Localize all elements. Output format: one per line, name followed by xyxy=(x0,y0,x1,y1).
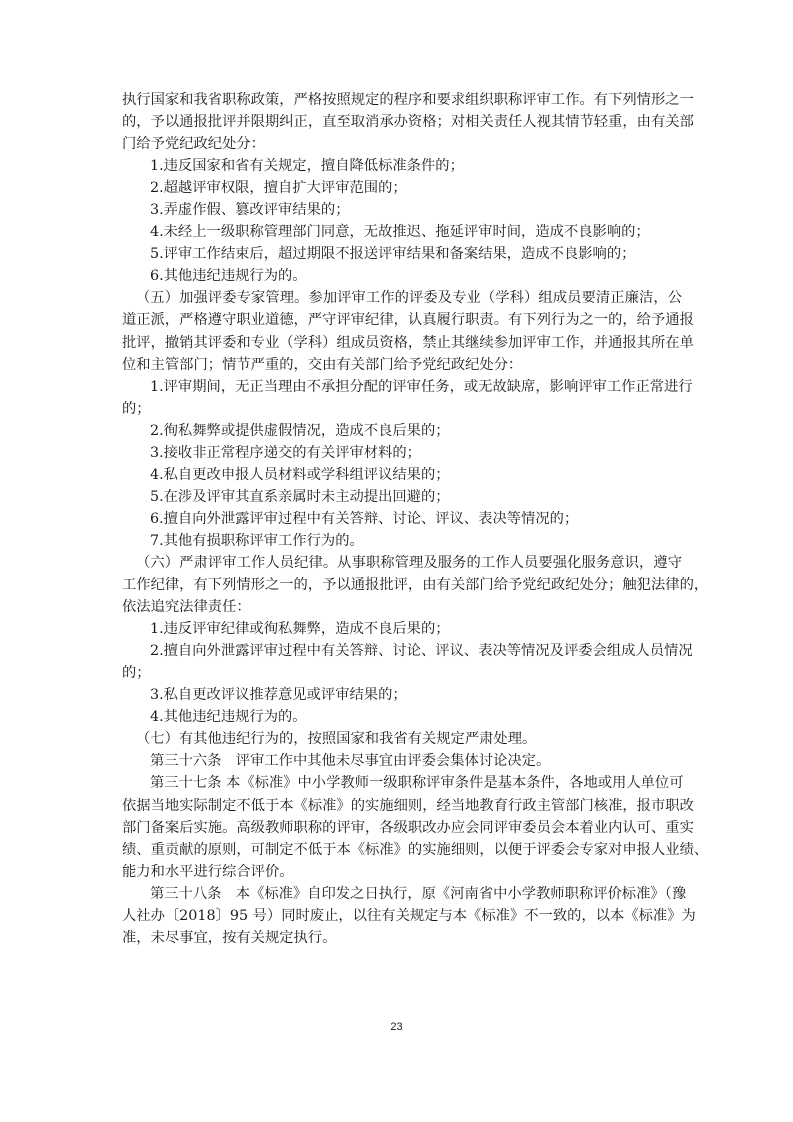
text-line: 准，未尽事宜，按有关规定执行。 xyxy=(122,927,682,949)
text-line: 第三十六条 评审工作中其他未尽事宜由评委会集体讨论决定。 xyxy=(122,750,682,772)
text-line: （六）严肃评审工作人员纪律。从事职称管理及服务的工作人员要强化服务意识，遵守 xyxy=(122,552,682,574)
text-line: 4.其他违纪违规行为的。 xyxy=(122,706,682,728)
page-number: 23 xyxy=(0,1021,793,1033)
text-line: 1.违反国家和省有关规定，擅自降低标准条件的； xyxy=(122,155,682,177)
text-line: 1.违反评审纪律或徇私舞弊，造成不良后果的； xyxy=(122,618,682,640)
text-line: 6.其他违纪违规行为的。 xyxy=(122,265,682,287)
text-line: 的，予以通报批评并限期纠正，直至取消承办资格；对相关责任人视其情节轻重，由有关部 xyxy=(122,111,682,133)
text-line: 3.弄虚作假、篡改评审结果的； xyxy=(122,199,682,221)
text-line: 第三十八条 本《标准》自印发之日执行，原《河南省中小学教师职称评价标准》（豫 xyxy=(122,883,682,905)
text-line: 4.私自更改申报人员材料或学科组评议结果的； xyxy=(122,464,682,486)
text-line: 执行国家和我省职称政策，严格按照规定的程序和要求组织职称评审工作。有下列情形之一 xyxy=(122,89,682,111)
text-line: 第三十七条 本《标准》中小学教师一级职称评审条件是基本条件，各地或用人单位可 xyxy=(122,772,682,794)
text-line: （五）加强评委专家管理。参加评审工作的评委及专业（学科）组成员要清正廉洁，公 xyxy=(122,287,682,309)
text-line: 2.徇私舞弊或提供虚假情况，造成不良后果的； xyxy=(122,420,682,442)
text-line: 能力和水平进行综合评价。 xyxy=(122,861,682,883)
text-line: 绩、重贡献的原则，可制定不低于本《标准》的实施细则，以便于评委会专家对申报人业绩… xyxy=(122,839,682,861)
text-line: 5.评审工作结束后，超过期限不报送评审结果和备案结果，造成不良影响的； xyxy=(122,243,682,265)
text-line: 位和主管部门；情节严重的，交由有关部门给予党纪政纪处分： xyxy=(122,354,682,376)
text-line: 依据当地实际制定不低于本《标准》的实施细则，经当地教育行政主管部门核准，报市职改 xyxy=(122,795,682,817)
text-line: 部门备案后实施。高级教师职称的评审，各级职改办应会同评审委员会本着业内认可、重实 xyxy=(122,817,682,839)
text-line: 2.擅自向外泄露评审过程中有关答辩、讨论、评议、表决等情况及评委会组成人员情况 xyxy=(122,640,682,662)
text-line: 的； xyxy=(122,398,682,420)
text-line: 道正派，严格遵守职业道德，严守评审纪律，认真履行职责。有下列行为之一的，给予通报 xyxy=(122,309,682,331)
document-body: 执行国家和我省职称政策，严格按照规定的程序和要求组织职称评审工作。有下列情形之一… xyxy=(122,89,682,949)
text-line: 门给予党纪政纪处分： xyxy=(122,133,682,155)
text-line: 4.未经上一级职称管理部门同意，无故推迟、拖延评审时间，造成不良影响的； xyxy=(122,221,682,243)
text-line: 5.在涉及评审其直系亲属时未主动提出回避的； xyxy=(122,486,682,508)
text-line: 3.接收非正常程序递交的有关评审材料的； xyxy=(122,442,682,464)
text-line: 的； xyxy=(122,662,682,684)
text-line: 1.评审期间，无正当理由不承担分配的评审任务，或无故缺席，影响评审工作正常进行 xyxy=(122,376,682,398)
text-line: 人社办〔2018〕95 号）同时废止，以往有关规定与本《标准》不一致的，以本《标… xyxy=(122,905,682,927)
text-line: 工作纪律，有下列情形之一的，予以通报批评，由有关部门给予党纪政纪处分；触犯法律的… xyxy=(122,574,682,596)
text-line: 2.超越评审权限，擅自扩大评审范围的； xyxy=(122,177,682,199)
text-line: 3.私自更改评议推荐意见或评审结果的； xyxy=(122,684,682,706)
text-line: 6.擅自向外泄露评审过程中有关答辩、讨论、评议、表决等情况的； xyxy=(122,508,682,530)
text-line: 依法追究法律责任： xyxy=(122,596,682,618)
text-line: （七）有其他违纪行为的，按照国家和我省有关规定严肃处理。 xyxy=(122,728,682,750)
text-line: 7.其他有损职称评审工作行为的。 xyxy=(122,530,682,552)
text-line: 批评，撤销其评委和专业（学科）组成员资格，禁止其继续参加评审工作，并通报其所在单 xyxy=(122,332,682,354)
